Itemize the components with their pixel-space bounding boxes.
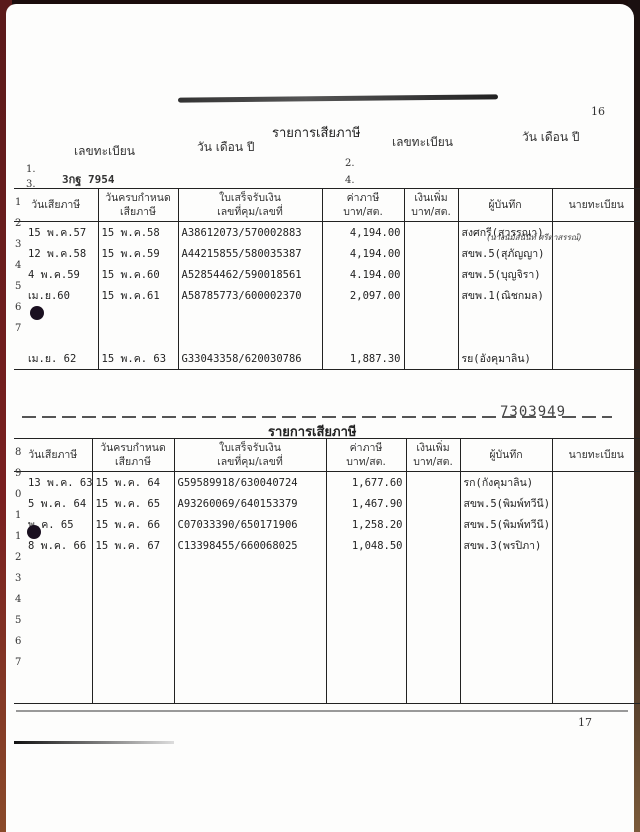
table-row: พ.ค. 6515 พ.ค. 66C07033390/6501719061,25… <box>14 514 640 535</box>
cell-recorder <box>460 619 552 640</box>
row-index: 0 <box>15 489 21 500</box>
cell-registrar <box>552 535 640 556</box>
cell-receipt: A93260069/640153379 <box>174 493 326 514</box>
cell-registrar <box>552 327 640 348</box>
section1-title: รายการเสียภาษี <box>272 122 361 143</box>
cell-surcharge <box>406 661 460 682</box>
cell-paid: 13 พ.ค. 63 <box>14 472 92 494</box>
cell-receipt <box>174 556 326 577</box>
cell-surcharge <box>404 264 458 285</box>
cell-receipt <box>174 640 326 661</box>
cell-receipt: A44215855/580035387 <box>178 243 322 264</box>
cell-tax: 4,194.00 <box>322 243 404 264</box>
table-row <box>14 577 640 598</box>
cell-due: 15 พ.ค.61 <box>98 285 178 306</box>
cell-surcharge <box>406 472 460 494</box>
reg-number-4: 4. <box>345 175 355 186</box>
cell-due: 15 พ.ค. 63 <box>98 348 178 370</box>
cell-tax <box>326 682 406 704</box>
cell-surcharge <box>406 598 460 619</box>
reg-label-right: เลขทะเบียน <box>392 133 453 152</box>
cell-registrar <box>552 472 640 494</box>
column-header: ใบเสร็จรับเงิน เลขที่คุม/เลขที่ <box>178 189 322 222</box>
column-header: ค่าภาษี บาท/สต. <box>322 189 404 222</box>
cell-due <box>92 577 174 598</box>
cell-due: 15 พ.ค.60 <box>98 264 178 285</box>
cell-receipt: A38612073/570002883 <box>178 222 322 244</box>
cell-recorder <box>460 556 552 577</box>
cell-registrar <box>552 577 640 598</box>
cell-due: 15 พ.ค. 66 <box>92 514 174 535</box>
cell-tax: 2,097.00 <box>322 285 404 306</box>
table-row <box>14 306 640 327</box>
row-index: 1 <box>15 510 21 521</box>
cell-due <box>98 327 178 348</box>
cell-registrar <box>552 640 640 661</box>
cell-paid <box>14 598 92 619</box>
cell-due <box>92 682 174 704</box>
cell-recorder: รก(กังคุมาลิน) <box>460 472 552 494</box>
page-number-bottom: 17 <box>578 716 592 729</box>
reg-label-left: เลขทะเบียน <box>74 142 135 161</box>
cell-surcharge <box>404 348 458 370</box>
row-index: 5 <box>15 615 21 626</box>
table-row: 5 พ.ค. 6415 พ.ค. 65A93260069/6401533791,… <box>14 493 640 514</box>
cell-due: 15 พ.ค.59 <box>98 243 178 264</box>
cell-due <box>92 640 174 661</box>
cell-receipt <box>178 306 322 327</box>
cell-receipt: A58785773/600002370 <box>178 285 322 306</box>
cell-paid: พ.ค. 65 <box>14 514 92 535</box>
cell-receipt: A52854462/590018561 <box>178 264 322 285</box>
cell-recorder: รย(อังคุมาลิน) <box>458 348 552 370</box>
cell-surcharge <box>406 535 460 556</box>
table-row <box>14 619 640 640</box>
cell-tax <box>326 556 406 577</box>
cell-receipt <box>178 327 322 348</box>
cell-due <box>92 598 174 619</box>
column-header: ผู้บันทึก <box>458 189 552 222</box>
cell-paid: 5 พ.ค. 64 <box>14 493 92 514</box>
cell-paid <box>14 661 92 682</box>
reg-number-1: 1. <box>26 164 36 175</box>
cell-recorder <box>460 682 552 704</box>
cell-tax: 1,258.20 <box>326 514 406 535</box>
cell-registrar <box>552 682 640 704</box>
cell-receipt: C07033390/650171906 <box>174 514 326 535</box>
cell-paid <box>14 640 92 661</box>
cell-paid: เม.ย. 62 <box>14 348 98 370</box>
row-index: 3 <box>15 239 21 250</box>
cell-tax <box>326 640 406 661</box>
cell-recorder: สขพ.1(ณิชกมล) <box>458 285 552 306</box>
cell-registrar <box>552 514 640 535</box>
cell-tax: 1,887.30 <box>322 348 404 370</box>
cell-receipt: C13398455/660068025 <box>174 535 326 556</box>
cell-due <box>92 619 174 640</box>
date-label-left: วัน เดือน ปี <box>197 138 255 157</box>
table-row: 4 พ.ค.5915 พ.ค.60A52854462/5900185614.19… <box>14 264 640 285</box>
cell-receipt: G59589918/630040724 <box>174 472 326 494</box>
column-header: นายทะเบียน <box>552 189 640 222</box>
punch-hole-mark-2 <box>27 525 41 539</box>
cell-due: 15 พ.ค.58 <box>98 222 178 244</box>
table-row: 8 พ.ค. 6615 พ.ค. 67C13398455/6600680251,… <box>14 535 640 556</box>
cell-surcharge <box>404 222 458 244</box>
cell-tax <box>326 619 406 640</box>
row-index: 6 <box>15 302 21 313</box>
cell-registrar <box>552 264 640 285</box>
cell-registrar <box>552 493 640 514</box>
table-row: เม.ย.6015 พ.ค.61A58785773/6000023702,097… <box>14 285 640 306</box>
row-index: 4 <box>15 260 21 271</box>
cell-tax <box>326 661 406 682</box>
reg-value-1: 3กฐ 7954 <box>62 170 114 188</box>
table-row <box>14 682 640 704</box>
column-header: เงินเพิ่ม บาท/สต. <box>406 439 460 472</box>
cell-paid <box>14 682 92 704</box>
column-header: วันครบกำหนด เสียภาษี <box>92 439 174 472</box>
cell-recorder: สขพ.5(สุภัญญา) <box>458 243 552 264</box>
table-row <box>14 640 640 661</box>
row-index: 6 <box>15 636 21 647</box>
column-header: ค่าภาษี บาท/สต. <box>326 439 406 472</box>
cell-recorder: สขพ.5(พิมพ์ทวีนี) <box>460 493 552 514</box>
cell-surcharge <box>406 556 460 577</box>
row-index: 3 <box>15 573 21 584</box>
cell-paid <box>14 327 98 348</box>
cell-receipt <box>174 598 326 619</box>
page-number-top: 16 <box>591 105 605 118</box>
cell-due <box>92 661 174 682</box>
cell-paid: 15 พ.ค.57 <box>14 222 98 244</box>
cell-registrar <box>552 243 640 264</box>
table-row: 12 พ.ค.5815 พ.ค.59A44215855/5800353874,1… <box>14 243 640 264</box>
cell-registrar <box>552 306 640 327</box>
cell-registrar <box>552 598 640 619</box>
cell-registrar <box>552 661 640 682</box>
cell-registrar <box>552 619 640 640</box>
cell-paid: 4 พ.ค.59 <box>14 264 98 285</box>
row-index: 1 <box>15 531 21 542</box>
table-row <box>14 598 640 619</box>
bottom-ink-smudge <box>14 741 174 744</box>
row-index: 2 <box>15 552 21 563</box>
cell-recorder <box>458 306 552 327</box>
cell-recorder: สขพ.3(พรปิภา) <box>460 535 552 556</box>
cell-receipt <box>174 682 326 704</box>
cell-tax: 1,677.60 <box>326 472 406 494</box>
row-index: 7 <box>15 657 21 668</box>
cell-paid <box>14 577 92 598</box>
column-header: วันครบกำหนด เสียภาษี <box>98 189 178 222</box>
cell-due <box>98 306 178 327</box>
table-row <box>14 327 640 348</box>
cell-surcharge <box>404 306 458 327</box>
row-index: 9 <box>15 468 21 479</box>
cell-recorder <box>458 327 552 348</box>
cell-recorder <box>460 661 552 682</box>
table-row: 13 พ.ค. 6315 พ.ค. 64G59589918/6300407241… <box>14 472 640 494</box>
cell-paid: 8 พ.ค. 66 <box>14 535 92 556</box>
row-index: 5 <box>15 281 21 292</box>
cell-surcharge <box>406 577 460 598</box>
cell-tax <box>326 577 406 598</box>
column-header: วันเสียภาษี <box>14 439 92 472</box>
cell-paid <box>14 556 92 577</box>
cell-tax <box>322 306 404 327</box>
cell-surcharge <box>406 493 460 514</box>
column-header: วันเสียภาษี <box>14 189 98 222</box>
cell-registrar <box>552 285 640 306</box>
row-index: 1 <box>15 197 21 208</box>
cell-recorder: สขพ.5(บุญจิรา) <box>458 264 552 285</box>
tax-table-1: วันเสียภาษีวันครบกำหนด เสียภาษีใบเสร็จรั… <box>14 188 640 370</box>
cell-due: 15 พ.ค. 67 <box>92 535 174 556</box>
tax-table-2: วันเสียภาษีวันครบกำหนด เสียภาษีใบเสร็จรั… <box>14 438 640 704</box>
cell-surcharge <box>406 640 460 661</box>
cell-surcharge <box>406 682 460 704</box>
cell-due: 15 พ.ค. 64 <box>92 472 174 494</box>
cell-recorder <box>460 577 552 598</box>
cell-surcharge <box>404 327 458 348</box>
row-index: 2 <box>15 218 21 229</box>
row-index: 7 <box>15 323 21 334</box>
table-row: เม.ย. 6215 พ.ค. 63G33043358/6200307861,8… <box>14 348 640 370</box>
punch-hole-mark <box>30 306 44 320</box>
cell-recorder <box>460 598 552 619</box>
cell-registrar <box>552 556 640 577</box>
cell-due: 15 พ.ค. 65 <box>92 493 174 514</box>
signature-note: (นางนมัสนันท์ ศรีตาสรรณ์) <box>487 231 581 244</box>
table-row <box>14 556 640 577</box>
cell-receipt <box>174 661 326 682</box>
cell-surcharge <box>404 243 458 264</box>
column-header: เงินเพิ่ม บาท/สต. <box>404 189 458 222</box>
date-label-right: วัน เดือน ปี <box>522 128 580 147</box>
cell-tax: 1,467.90 <box>326 493 406 514</box>
bottom-rule <box>16 710 628 712</box>
cell-paid <box>14 619 92 640</box>
row-index: 8 <box>15 447 21 458</box>
column-header: ใบเสร็จรับเงิน เลขที่คุม/เลขที่ <box>174 439 326 472</box>
cell-tax: 4,194.00 <box>322 222 404 244</box>
cell-surcharge <box>406 514 460 535</box>
reg-number-2: 2. <box>345 158 355 169</box>
row-index: 4 <box>15 594 21 605</box>
column-header: นายทะเบียน <box>552 439 640 472</box>
column-header: ผู้บันทึก <box>460 439 552 472</box>
cell-due <box>92 556 174 577</box>
cell-paid: 12 พ.ค.58 <box>14 243 98 264</box>
cell-paid <box>14 306 98 327</box>
overprint-text: 7303949 <box>500 404 566 420</box>
cell-receipt: G33043358/620030786 <box>178 348 322 370</box>
cell-receipt <box>174 577 326 598</box>
cell-tax: 4.194.00 <box>322 264 404 285</box>
cell-registrar <box>552 348 640 370</box>
cell-tax: 1,048.50 <box>326 535 406 556</box>
cell-recorder: สขพ.5(พิมพ์ทวีนี) <box>460 514 552 535</box>
cell-tax <box>322 327 404 348</box>
cell-recorder <box>460 640 552 661</box>
cell-tax <box>326 598 406 619</box>
cell-receipt <box>174 619 326 640</box>
cell-paid: เม.ย.60 <box>14 285 98 306</box>
cell-surcharge <box>406 619 460 640</box>
table-row <box>14 661 640 682</box>
cell-surcharge <box>404 285 458 306</box>
